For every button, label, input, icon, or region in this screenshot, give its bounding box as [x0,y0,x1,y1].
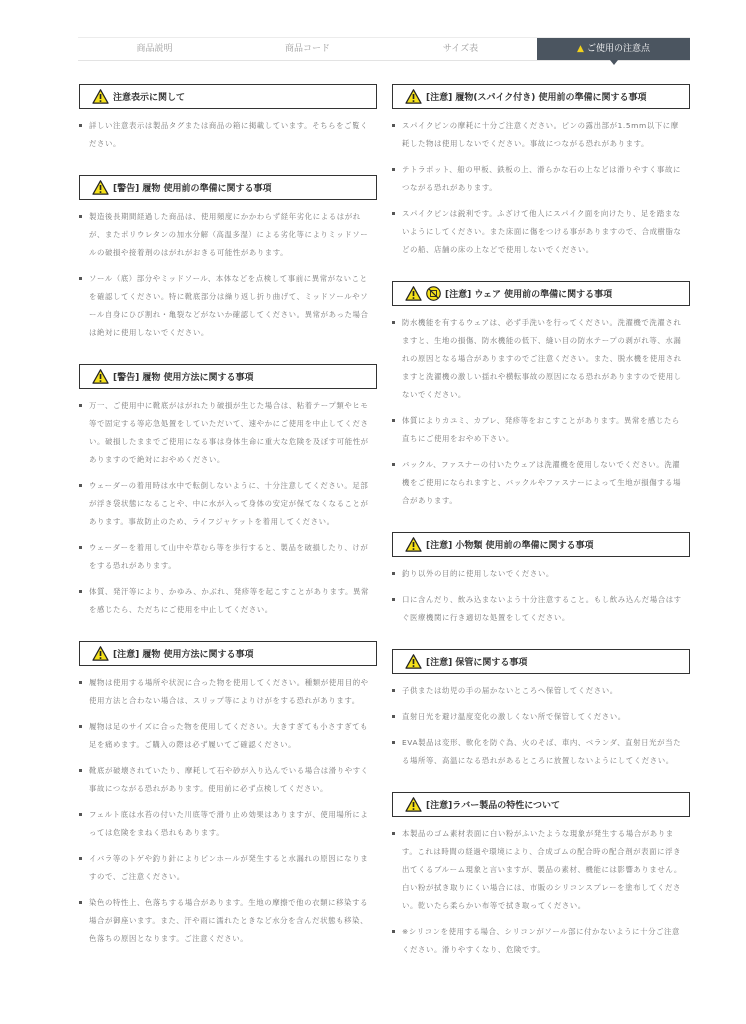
caution-section: [警告] 履物 使用前の準備に関する事項 製造後長期間経過した商品は、使用頻度に… [79,175,377,364]
caution-section: 注意表示に関して 詳しい注意表示は製品タグまたは商品の箱に掲載しています。そちら… [79,84,377,175]
caution-section: [注意] 履物(スパイク付き) 使用前の準備に関する事項 スパイクピンの摩耗に十… [392,84,690,281]
tab-label: サイズ表 [443,44,478,54]
caution-section: [注意] 履物 使用方法に関する事項 履物は使用する場所や状況に合った物を使用し… [79,641,377,970]
list-item: スパイクピンは鋭利です。ふざけて他人にスパイク面を向けたり、足を踏まないようにし… [392,205,690,259]
tab-bar: 商品説明 商品コード サイズ表 ▲ご使用の注意点 [78,37,690,61]
list-item: 詳しい注意表示は製品タグまたは商品の箱に掲載しています。そちらをご覧ください。 [79,117,377,153]
warning-triangle-icon [92,180,109,195]
section-heading: [警告] 履物 使用前の準備に関する事項 [79,175,377,200]
warning-triangle-icon [405,797,422,812]
section-heading: [警告] 履物 使用方法に関する事項 [79,364,377,389]
caution-section: [注意] ウェア 使用前の準備に関する事項 防水機能を有するウェアは、必ず手洗い… [392,281,690,532]
section-title: [注意] 保管に関する事項 [426,655,527,668]
section-title: 注意表示に関して [113,90,185,103]
list-item: 口に含んだり、飲み込まないよう十分注意すること。もし飲み込んだ場合はすぐ医療機関… [392,591,690,627]
list-item: 履物は足のサイズに合った物を使用してください。大きすぎても小さすぎても足を痛めま… [79,718,377,754]
caution-list: 子供または幼児の手の届かないところへ保管してください。直射日光を避け温度変化の激… [392,674,690,770]
list-item: 製造後長期間経過した商品は、使用頻度にかかわらず経年劣化によるはがれが、またポリ… [79,208,377,262]
section-title: [注意] 履物(スパイク付き) 使用前の準備に関する事項 [426,90,647,103]
section-title: [注意] 履物 使用方法に関する事項 [113,647,254,660]
list-item: 子供または幼児の手の届かないところへ保管してください。 [392,682,690,700]
list-item: ※シリコンを使用する場合、シリコンがソール部に付かないように十分ご注意ください。… [392,923,690,959]
section-heading: 注意表示に関して [79,84,377,109]
list-item: 靴底が破壊されていたり、摩耗して石や砂が入り込んでいる場合は滑りやすく事故につな… [79,762,377,798]
section-heading: [注意] 小物類 使用前の準備に関する事項 [392,532,690,557]
list-item: 防水機能を有するウェアは、必ず手洗いを行ってください。洗濯機で洗濯されますと、生… [392,314,690,404]
caution-list: 製造後長期間経過した商品は、使用頻度にかかわらず経年劣化によるはがれが、またポリ… [79,200,377,342]
no-wash-icon [426,286,441,301]
list-item: フェルト底は水苔の付いた川底等で滑り止め効果はありますが、使用場所によっては危険… [79,806,377,842]
caution-list: 履物は使用する場所や状況に合った物を使用してください。種類が使用目的や使用方法と… [79,666,377,948]
warning-triangle-icon [405,286,422,301]
section-title: [警告] 履物 使用方法に関する事項 [113,370,254,383]
tab-usage-precautions[interactable]: ▲ご使用の注意点 [537,38,690,60]
warning-triangle-icon [92,369,109,384]
section-heading: [注意]ラバー製品の特性について [392,792,690,817]
list-item: 体質によりカユミ、カブレ、発疹等をおこすことがあります。異常を感じたら直ちにご使… [392,412,690,448]
list-item: バックル、ファスナーの付いたウェアは洗濯機を使用しないでください。洗濯機をご使用… [392,456,690,510]
tab-product-code[interactable]: 商品コード [231,38,384,60]
list-item: 直射日光を避け温度変化の激しくない所で保管してください。 [392,708,690,726]
warning-triangle-icon [92,89,109,104]
left-column: 注意表示に関して 詳しい注意表示は製品タグまたは商品の箱に掲載しています。そちら… [79,84,377,970]
section-title: [注意] ウェア 使用前の準備に関する事項 [445,287,612,300]
section-heading: [注意] 履物 使用方法に関する事項 [79,641,377,666]
list-item: テトラポット、船の甲板、鉄板の上、滑らかな石の上などは滑りやすく事故につながる恐… [392,161,690,197]
caution-list: 万一、ご使用中に靴底がはがれたり破損が生じた場合は、粘着テープ類やヒモ等で固定す… [79,389,377,619]
caution-list: 本製品のゴム素材表面に白い粉がふいたような現象が発生する場合があります。これは時… [392,817,690,959]
caution-section: [注意] 保管に関する事項 子供または幼児の手の届かないところへ保管してください… [392,649,690,792]
list-item: ウェーダーを着用して山中や草むら等を歩行すると、製品を破損したり、けがをする恐れ… [79,539,377,575]
tab-product-description[interactable]: 商品説明 [78,38,231,60]
list-item: ウェーダーの着用時は水中で転倒しないように、十分注意してください。足部が浮き袋状… [79,477,377,531]
section-title: [注意]ラバー製品の特性について [426,798,560,811]
list-item: スパイクピンの摩耗に十分ご注意ください。ピンの露出部が1.5mm以下に摩耗した物… [392,117,690,153]
warning-triangle-icon [405,654,422,669]
tab-size-chart[interactable]: サイズ表 [384,38,537,60]
caution-section: [注意] 小物類 使用前の準備に関する事項 釣り以外の目的に使用しないでください… [392,532,690,649]
list-item: 履物は使用する場所や状況に合った物を使用してください。種類が使用目的や使用方法と… [79,674,377,710]
warning-triangle-icon [405,537,422,552]
caution-list: スパイクピンの摩耗に十分ご注意ください。ピンの露出部が1.5mm以下に摩耗した物… [392,109,690,259]
list-item: 万一、ご使用中に靴底がはがれたり破損が生じた場合は、粘着テープ類やヒモ等で固定す… [79,397,377,469]
list-item: 染色の特性上、色落ちする場合があります。生地の摩擦で他の衣類に移染する場合が御座… [79,894,377,948]
section-title: [注意] 小物類 使用前の準備に関する事項 [426,538,594,551]
warning-triangle-icon [92,646,109,661]
tab-label: ご使用の注意点 [587,44,650,54]
list-item: ソール（底）部分やミッドソール、本体などを点検して事前に異常がないことを確認して… [79,270,377,342]
section-heading: [注意] 保管に関する事項 [392,649,690,674]
list-item: 釣り以外の目的に使用しないでください。 [392,565,690,583]
tab-label: 商品コード [285,44,330,54]
section-title: [警告] 履物 使用前の準備に関する事項 [113,181,272,194]
list-item: イバラ等のトゲや釣り針によりピンホールが発生すると水漏れの原因になりますので、ご… [79,850,377,886]
tab-label: 商品説明 [136,44,172,54]
list-item: EVA製品は変形、軟化を防ぐ為、火のそば、車内、ベランダ、直射日光が当たる場所等… [392,734,690,770]
caution-section: [警告] 履物 使用方法に関する事項 万一、ご使用中に靴底がはがれたり破損が生じ… [79,364,377,641]
warning-icon: ▲ [577,44,584,54]
section-heading: [注意] 履物(スパイク付き) 使用前の準備に関する事項 [392,84,690,109]
caution-list: 詳しい注意表示は製品タグまたは商品の箱に掲載しています。そちらをご覧ください。 [79,109,377,153]
right-column: [注意] 履物(スパイク付き) 使用前の準備に関する事項 スパイクピンの摩耗に十… [392,84,690,981]
list-item: 本製品のゴム素材表面に白い粉がふいたような現象が発生する場合があります。これは時… [392,825,690,915]
caution-list: 釣り以外の目的に使用しないでください。口に含んだり、飲み込まないよう十分注意する… [392,557,690,627]
caution-section: [注意]ラバー製品の特性について 本製品のゴム素材表面に白い粉がふいたような現象… [392,792,690,981]
section-heading: [注意] ウェア 使用前の準備に関する事項 [392,281,690,306]
list-item: 体質、発汗等により、かゆみ、かぶれ、発疹等を起こすことがあります。異常を感じたら… [79,583,377,619]
caution-list: 防水機能を有するウェアは、必ず手洗いを行ってください。洗濯機で洗濯されますと、生… [392,306,690,510]
warning-triangle-icon [405,89,422,104]
